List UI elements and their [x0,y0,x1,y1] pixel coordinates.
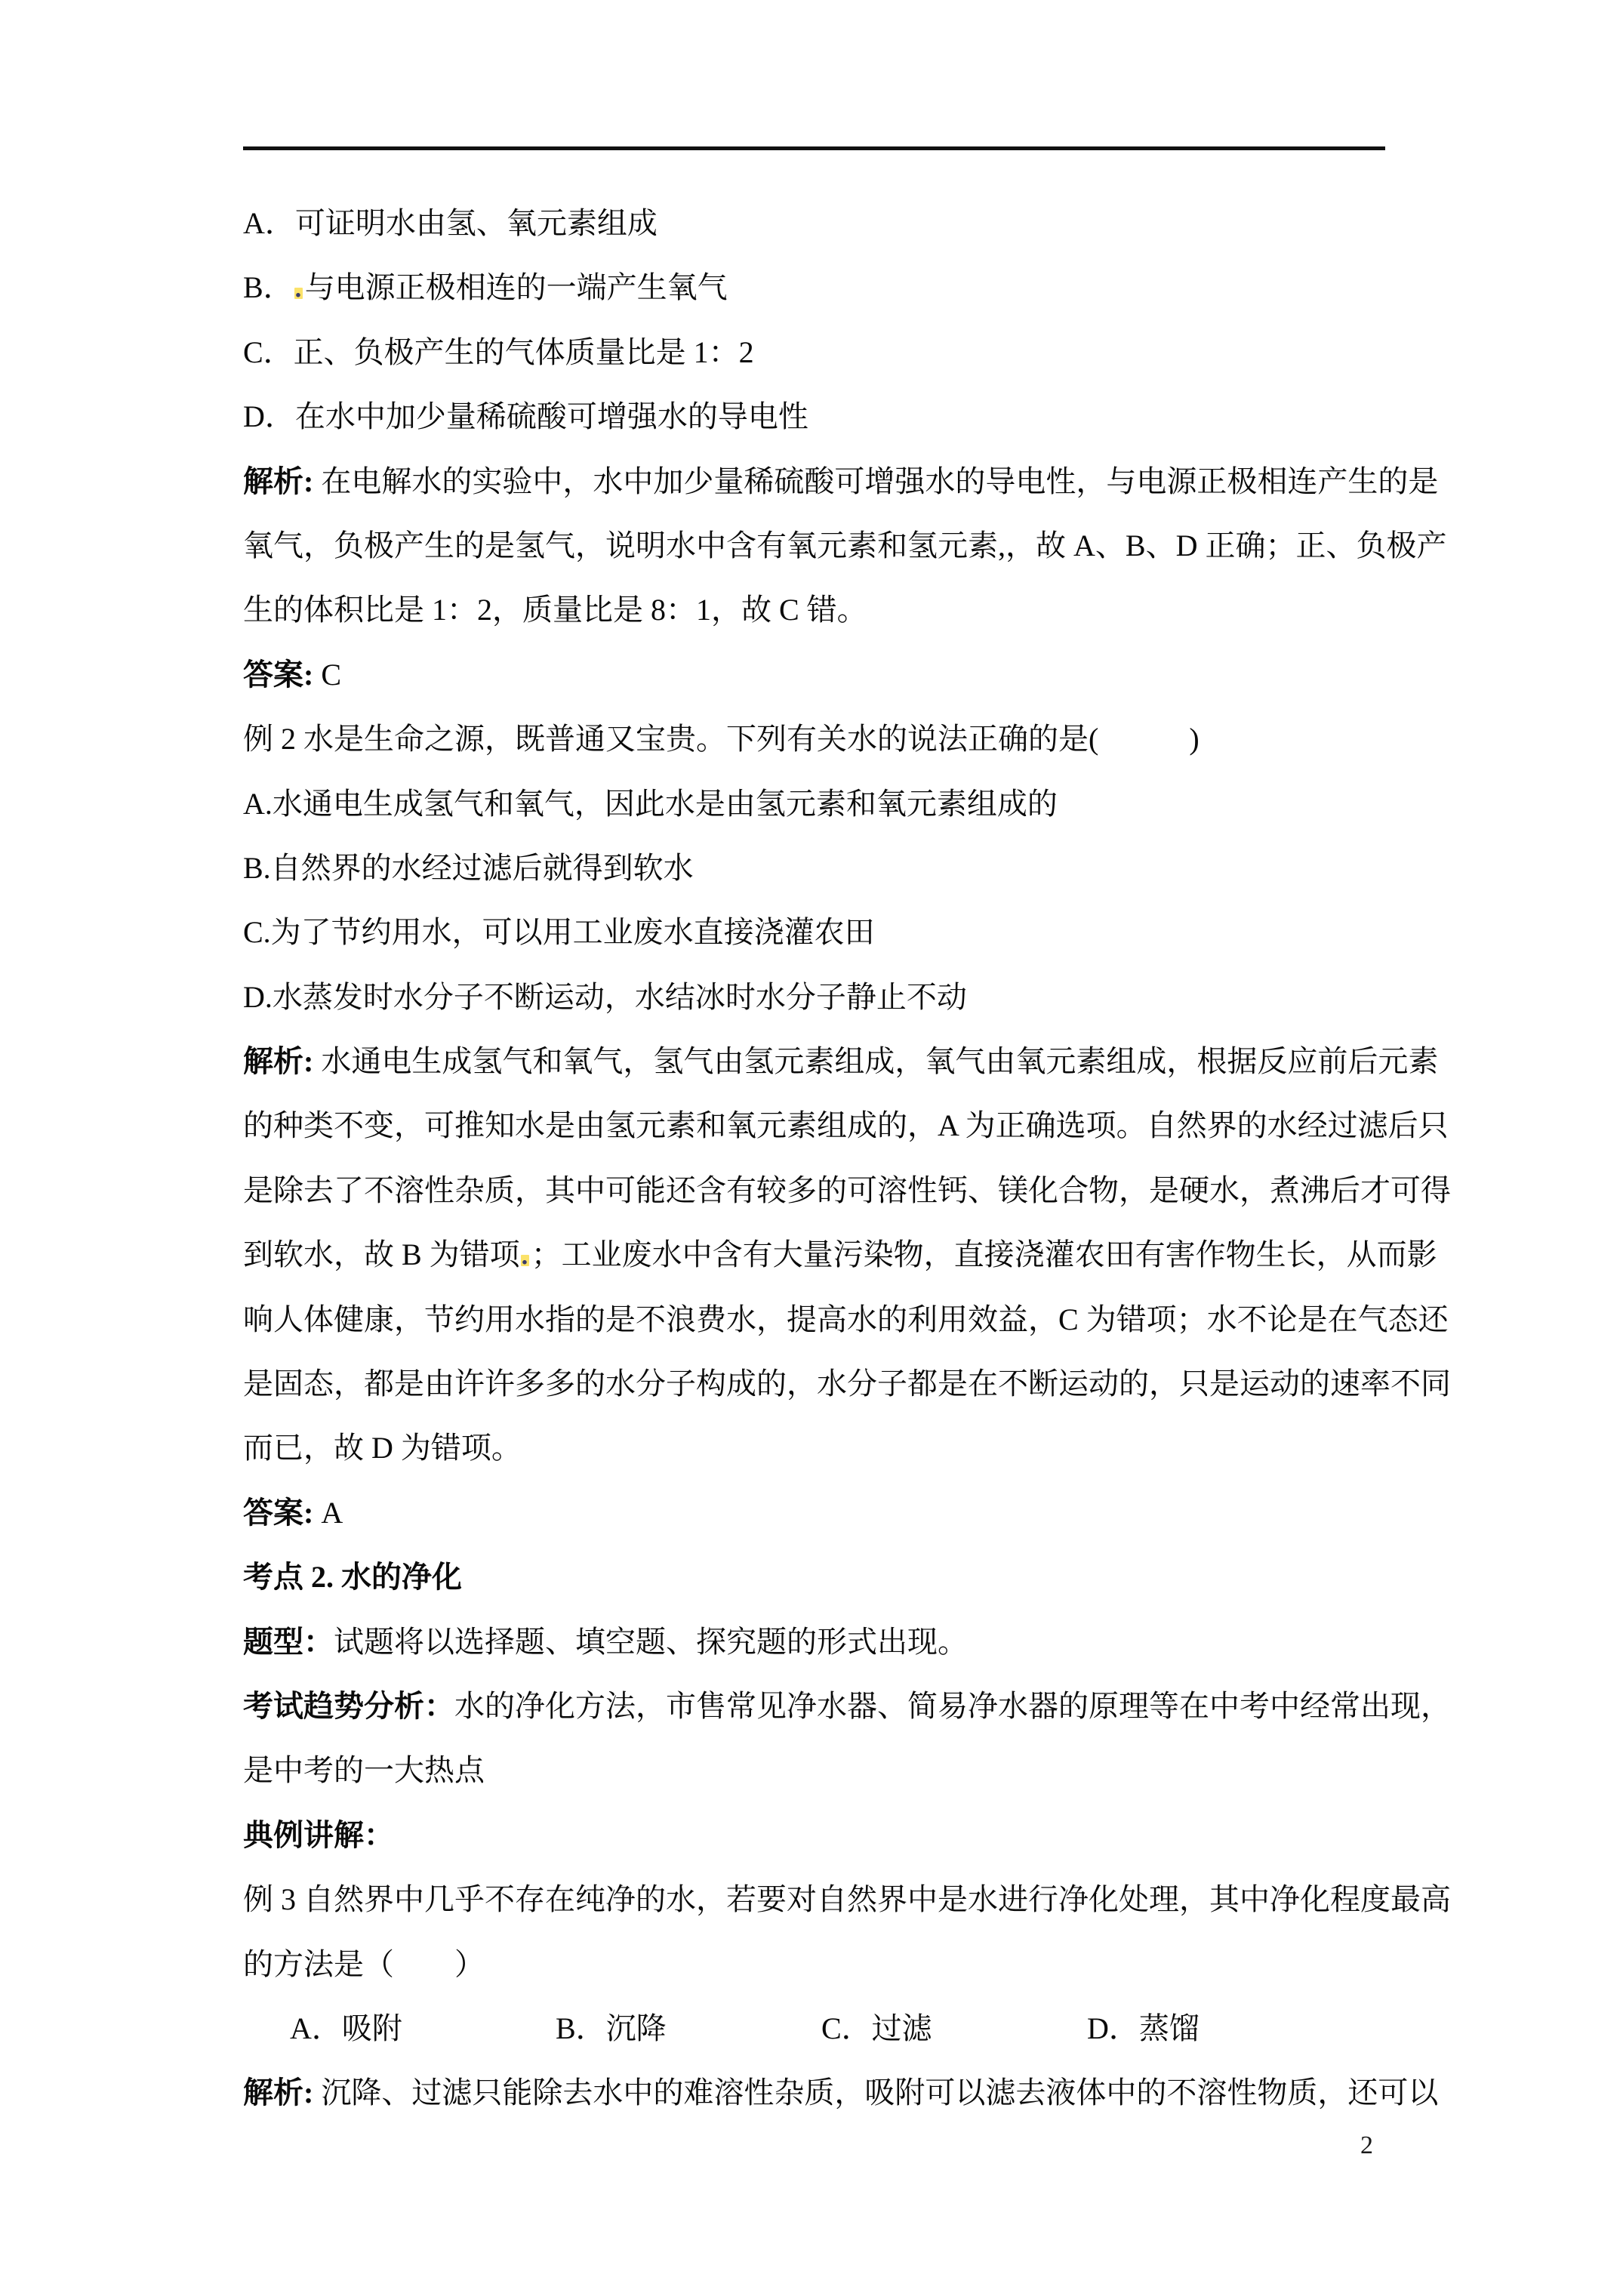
document-body: A．可证明水由氢、氧元素组成B．与电源正极相连的一端产生氧气C．正、负极产生的气… [243,191,1421,2125]
text-segment: A.水通电生成氢气和氧气，因此水是由氢元素和氧元素组成的 [243,787,1058,821]
text-line: 生的体积比是 1：2，质量比是 8：1，故 C 错。 [243,578,1421,642]
text-segment: 是固态，都是由许许多多的水分子构成的，水分子都是在不断运动的，只是运动的速率不同 [243,1367,1451,1401]
text-segment: 例 3 自然界中几乎不存在纯净的水，若要对自然界中是水进行净化处理，其中净化程度… [243,1882,1451,1916]
text-line: 解析: 在电解水的实验中，水中加少量稀硫酸可增强水的导电性，与电源正极相连产生的… [243,449,1421,513]
text-line: 考试趋势分析：水的净化方法，市售常见净水器、简易净水器的原理等在中考中经常出现， [243,1674,1421,1738]
text-segment: 是中考的一大热点 [243,1753,485,1787]
text-line: A.水通电生成氢气和氧气，因此水是由氢元素和氧元素组成的 [243,772,1421,836]
text-line: C．正、负极产生的气体质量比是 1：2 [243,320,1421,384]
text-segment: 试题将以选择题、填空题、探究题的形式出现。 [334,1625,968,1659]
text-line: 例 3 自然界中几乎不存在纯净的水，若要对自然界中是水进行净化处理，其中净化程度… [243,1867,1421,1931]
text-line: 而已，故 D 为错项。 [243,1416,1421,1480]
text-line: B．与电源正极相连的一端产生氧气 [243,255,1421,319]
text-line: 典例讲解： [243,1803,1421,1867]
options-row: A．吸附B．沉降C．过滤D．蒸馏 [243,1996,1421,2060]
text-segment: ；工业废水中含有大量污染物，直接浇灌农田有害作物生长，从而影 [531,1237,1437,1271]
text-line: 到软水，故 B 为错项；工业废水中含有大量污染物，直接浇灌农田有害作物生长，从而… [243,1222,1421,1287]
text-line: B.自然界的水经过滤后就得到软水 [243,836,1421,900]
text-segment: 水通电生成氢气和氧气，氢气由氢元素组成，氧气由氧元素组成，根据反应前后元素 [313,1044,1438,1078]
highlight-speck-annotation [521,1255,529,1266]
text-line: 的种类不变，可推知水是由氢元素和氧元素组成的，A 为正确选项。自然界的水经过滤后… [243,1093,1421,1157]
text-line: 题型：试题将以选择题、填空题、探究题的形式出现。 [243,1610,1421,1674]
text-segment: 例 2 水是生命之源，既普通又宝贵。下列有关水的说法正确的是( ) [243,722,1200,756]
label-text: 考点 2. 水的净化 [243,1560,462,1594]
text-line: 是中考的一大热点 [243,1738,1421,1802]
text-segment: 到软水，故 B 为错项 [243,1237,520,1271]
text-segment: 生的体积比是 1：2，质量比是 8：1，故 C 错。 [243,593,867,627]
label-text: 答案: [243,1496,313,1530]
text-segment: 沉降、过滤只能除去水中的难溶性杂质，吸附可以滤去液体中的不溶性物质，还可以 [313,2076,1438,2110]
text-segment: 在电解水的实验中，水中加少量稀硫酸可增强水的导电性，与电源正极相连产生的是 [313,464,1438,498]
text-segment: B． [243,270,294,304]
text-line: 考点 2. 水的净化 [243,1545,1421,1609]
highlight-speck-annotation [294,288,303,299]
option-item: B．沉降 [556,1996,821,2060]
text-segment: 响人体健康，节约用水指的是不浪费水，提高水的利用效益，C 为错项；水不论是在气态… [243,1302,1449,1336]
label-text: 解析: [243,464,313,498]
text-segment: C．正、负极产生的气体质量比是 1：2 [243,335,754,369]
text-segment: A [313,1496,343,1530]
text-segment: 氧气，负极产生的是氢气，说明水中含有氧元素和氢元素,，故 A、B、D 正确；正、… [243,529,1446,562]
text-line: 响人体健康，节约用水指的是不浪费水，提高水的利用效益，C 为错项；水不论是在气态… [243,1287,1421,1351]
text-segment: 而已，故 D 为错项。 [243,1431,522,1465]
text-line: A．可证明水由氢、氧元素组成 [243,191,1421,255]
text-line: D．在水中加少量稀硫酸可增强水的导电性 [243,384,1421,448]
header-rule [243,146,1385,150]
text-line: 解析: 沉降、过滤只能除去水中的难溶性杂质，吸附可以滤去液体中的不溶性物质，还可… [243,2060,1421,2125]
text-line: 的方法是（ ） [243,1932,1421,1996]
text-segment: 与电源正极相连的一端产生氧气 [305,270,728,304]
text-line: 答案: A [243,1481,1421,1545]
label-text: 题型： [243,1625,334,1659]
text-line: C.为了节约用水，可以用工业废水直接浇灌农田 [243,900,1421,964]
text-segment: C.为了节约用水，可以用工业废水直接浇灌农田 [243,915,875,949]
text-segment: D.水蒸发时水分子不断运动，水结冰时水分子静止不动 [243,980,967,1014]
text-line: 氧气，负极产生的是氢气，说明水中含有氧元素和氢元素,，故 A、B、D 正确；正、… [243,513,1421,578]
text-segment: B.自然界的水经过滤后就得到软水 [243,851,694,885]
label-text: 答案: [243,658,313,692]
label-text: 解析: [243,1044,313,1078]
text-segment: 是除去了不溶性杂质，其中可能还含有较多的可溶性钙、镁化合物，是硬水，煮沸后才可得 [243,1173,1451,1207]
option-item: D．蒸馏 [1087,1996,1353,2060]
text-segment: 的方法是（ ） [243,1947,485,1981]
text-segment: 水的净化方法，市售常见净水器、简易净水器的原理等在中考中经常出现， [454,1689,1451,1723]
text-line: 答案: C [243,643,1421,707]
text-line: 例 2 水是生命之源，既普通又宝贵。下列有关水的说法正确的是( ) [243,707,1421,771]
label-text: 考试趋势分析： [243,1689,454,1723]
text-line: 解析: 水通电生成氢气和氧气，氢气由氢元素组成，氧气由氧元素组成，根据反应前后元… [243,1029,1421,1093]
text-segment: 的种类不变，可推知水是由氢元素和氧元素组成的，A 为正确选项。自然界的水经过滤后… [243,1108,1449,1142]
text-line: 是除去了不溶性杂质，其中可能还含有较多的可溶性钙、镁化合物，是硬水，煮沸后才可得 [243,1158,1421,1222]
option-item: A．吸附 [290,1996,556,2060]
option-item: C．过滤 [821,1996,1087,2060]
page-number: 2 [1360,2123,1373,2168]
text-segment: A．可证明水由氢、氧元素组成 [243,206,658,240]
text-segment: C [313,658,341,692]
text-line: 是固态，都是由许许多多的水分子构成的，水分子都是在不断运动的，只是运动的速率不同 [243,1351,1421,1416]
text-segment: D．在水中加少量稀硫酸可增强水的导电性 [243,399,808,433]
document-page: A．可证明水由氢、氧元素组成B．与电源正极相连的一端产生氧气C．正、负极产生的气… [0,0,1623,2296]
text-line: D.水蒸发时水分子不断运动，水结冰时水分子静止不动 [243,965,1421,1029]
label-text: 解析: [243,2076,313,2110]
label-text: 典例讲解： [243,1818,394,1852]
